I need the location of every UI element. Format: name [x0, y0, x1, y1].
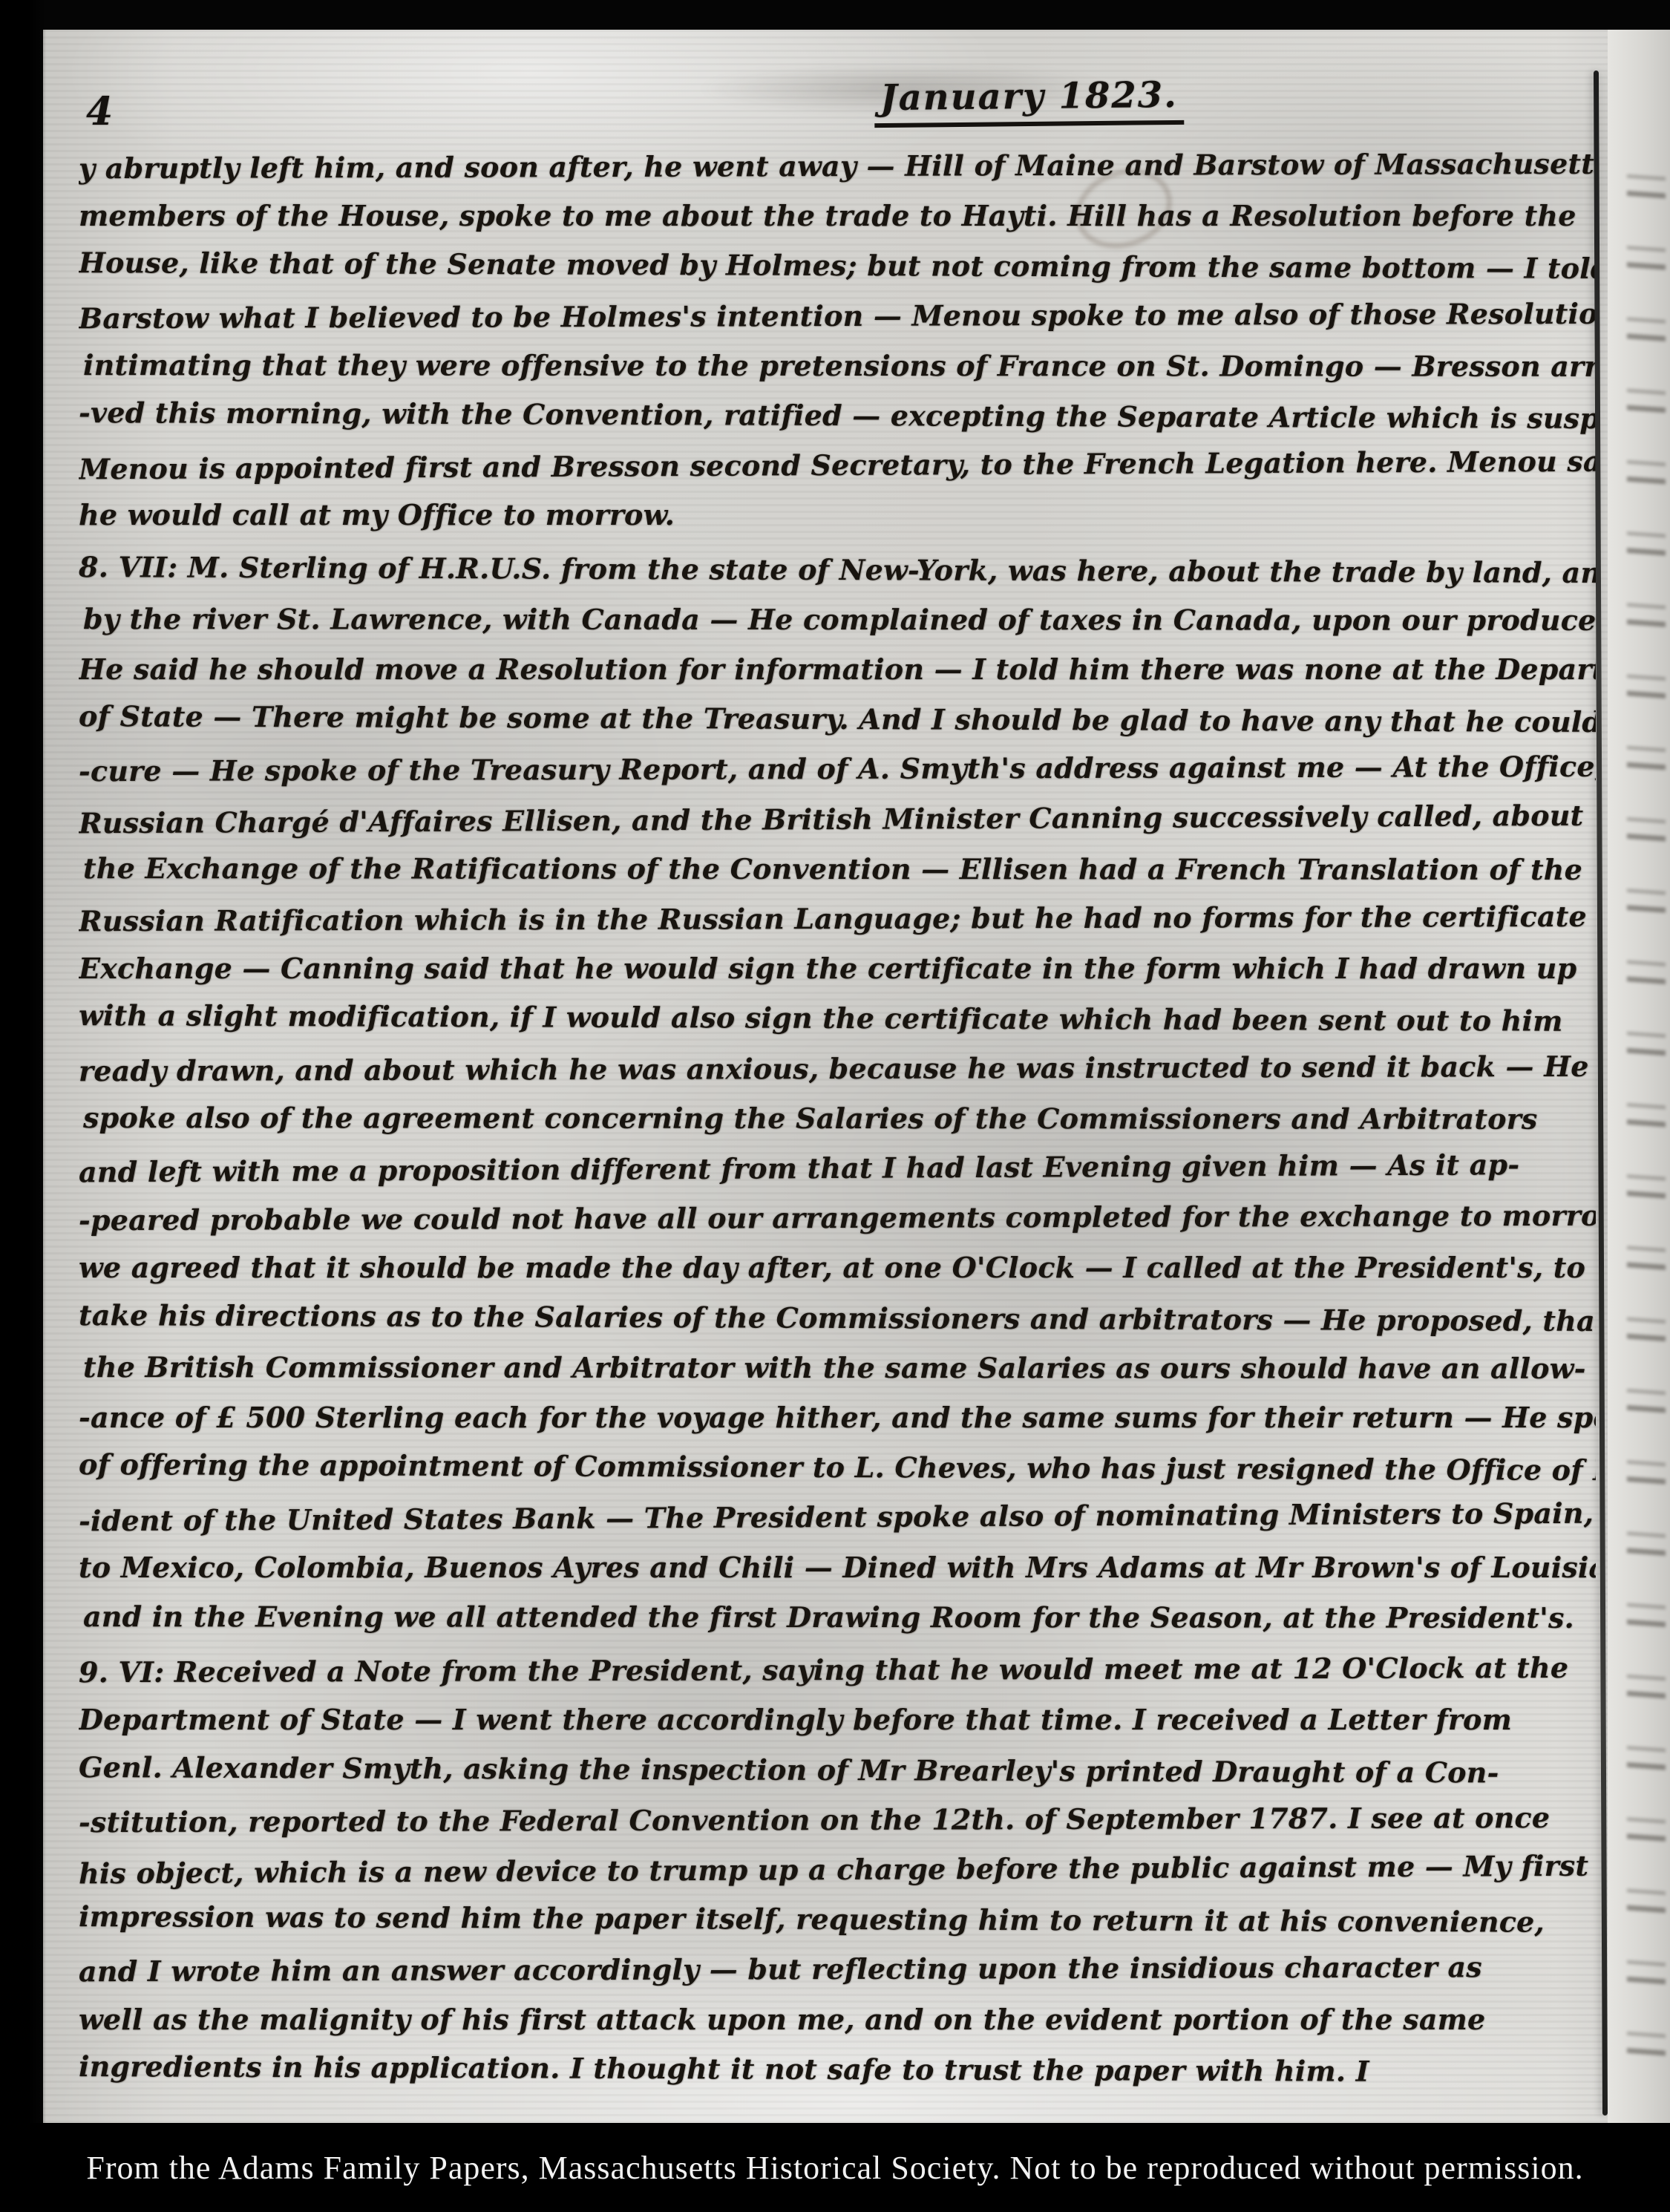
facing-page-edge — [1608, 30, 1670, 2123]
manuscript-line: the British Commissioner and Arbitrator … — [83, 1342, 1596, 1393]
manuscript-line: he would call at my Office to morrow. — [79, 490, 1596, 540]
manuscript-line: ingredients in his application. I though… — [79, 2041, 1596, 2097]
manuscript-line: ready drawn, and about which he was anxi… — [79, 1041, 1596, 1096]
manuscript-line: y abruptly left him, and soon after, he … — [79, 141, 1596, 193]
manuscript-line: Menou is appointed first and Bresson sec… — [79, 436, 1596, 494]
manuscript-line: Barstow what I believed to be Holmes's i… — [79, 288, 1596, 343]
manuscript-line: take his directions as to the Salaries o… — [79, 1290, 1596, 1346]
manuscript-line: Department of State — I went there accor… — [79, 1695, 1596, 1744]
manuscript-line: with a slight modification, if I would a… — [79, 991, 1596, 1047]
facing-page-ink-fragments — [1627, 148, 1666, 2078]
manuscript-line: Exchange — Canning said that he would si… — [79, 943, 1596, 993]
manuscript-line: impression was to send him the paper its… — [79, 1891, 1596, 1947]
manuscript-line: -peared probable we could not have all o… — [79, 1191, 1596, 1246]
manuscript-line: -ance of £ 500 Sterling each for the voy… — [79, 1393, 1596, 1442]
manuscript-line: we agreed that it should be made the day… — [79, 1243, 1596, 1292]
manuscript-line: of offering the appointment of Commissio… — [79, 1439, 1596, 1495]
manuscript-line: Russian Ratification which is in the Rus… — [79, 891, 1596, 946]
manuscript-line: -cure — He spoke of the Treasury Report,… — [79, 742, 1596, 796]
manuscript-line: He said he should move a Resolution for … — [79, 644, 1596, 694]
manuscript-line: well as the malignity of his first attac… — [79, 1995, 1596, 2044]
manuscript-line: 9. VI: Received a Note from the Presiden… — [79, 1643, 1596, 1698]
manuscript-line: by the river St. Lawrence, with Canada —… — [83, 594, 1596, 645]
manuscript-line: -stitution, reported to the Federal Conv… — [79, 1792, 1596, 1847]
manuscript-line: of State — There might be some at the Tr… — [79, 691, 1596, 747]
scan-left-border — [0, 0, 46, 2212]
manuscript-line: -ident of the United States Bank — The P… — [79, 1488, 1596, 1546]
manuscript-line: 8. VII: M. Sterling of H.R.U.S. from the… — [79, 542, 1596, 598]
manuscript-line: Russian Chargé d'Affaires Ellisen, and t… — [79, 790, 1596, 848]
date-heading: January 1823. — [874, 74, 1185, 128]
footer-bar: From the Adams Family Papers, Massachuse… — [0, 2123, 1670, 2212]
footer-credit: From the Adams Family Papers, Massachuse… — [86, 2149, 1583, 2187]
manuscript-line: and left with me a proposition different… — [79, 1139, 1596, 1197]
manuscript-page: 4 January 1823. y abruptly left him, and… — [43, 30, 1670, 2123]
manuscript-body: y abruptly left him, and soon after, he … — [79, 141, 1596, 2101]
manuscript-line: intimating that they were offensive to t… — [83, 340, 1596, 391]
manuscript-line: the Exchange of the Ratifications of the… — [83, 843, 1596, 894]
manuscript-line: his object, which is a new device to tru… — [79, 1841, 1596, 1899]
manuscript-line: spoke also of the agreement concerning t… — [83, 1093, 1596, 1144]
manuscript-line: members of the House, spoke to me about … — [79, 191, 1596, 240]
manuscript-line: and I wrote him an answer accordingly — … — [79, 1942, 1596, 1997]
manuscript-line: House, like that of the Senate moved by … — [79, 238, 1596, 293]
manuscript-line: Genl. Alexander Smyth, asking the inspec… — [79, 1742, 1596, 1798]
manuscript-line: -ved this morning, with the Convention, … — [79, 387, 1596, 443]
manuscript-line: to Mexico, Colombia, Buenos Ayres and Ch… — [79, 1542, 1596, 1592]
manuscript-line: and in the Evening we all attended the f… — [83, 1591, 1596, 1643]
page-number: 4 — [86, 89, 113, 134]
